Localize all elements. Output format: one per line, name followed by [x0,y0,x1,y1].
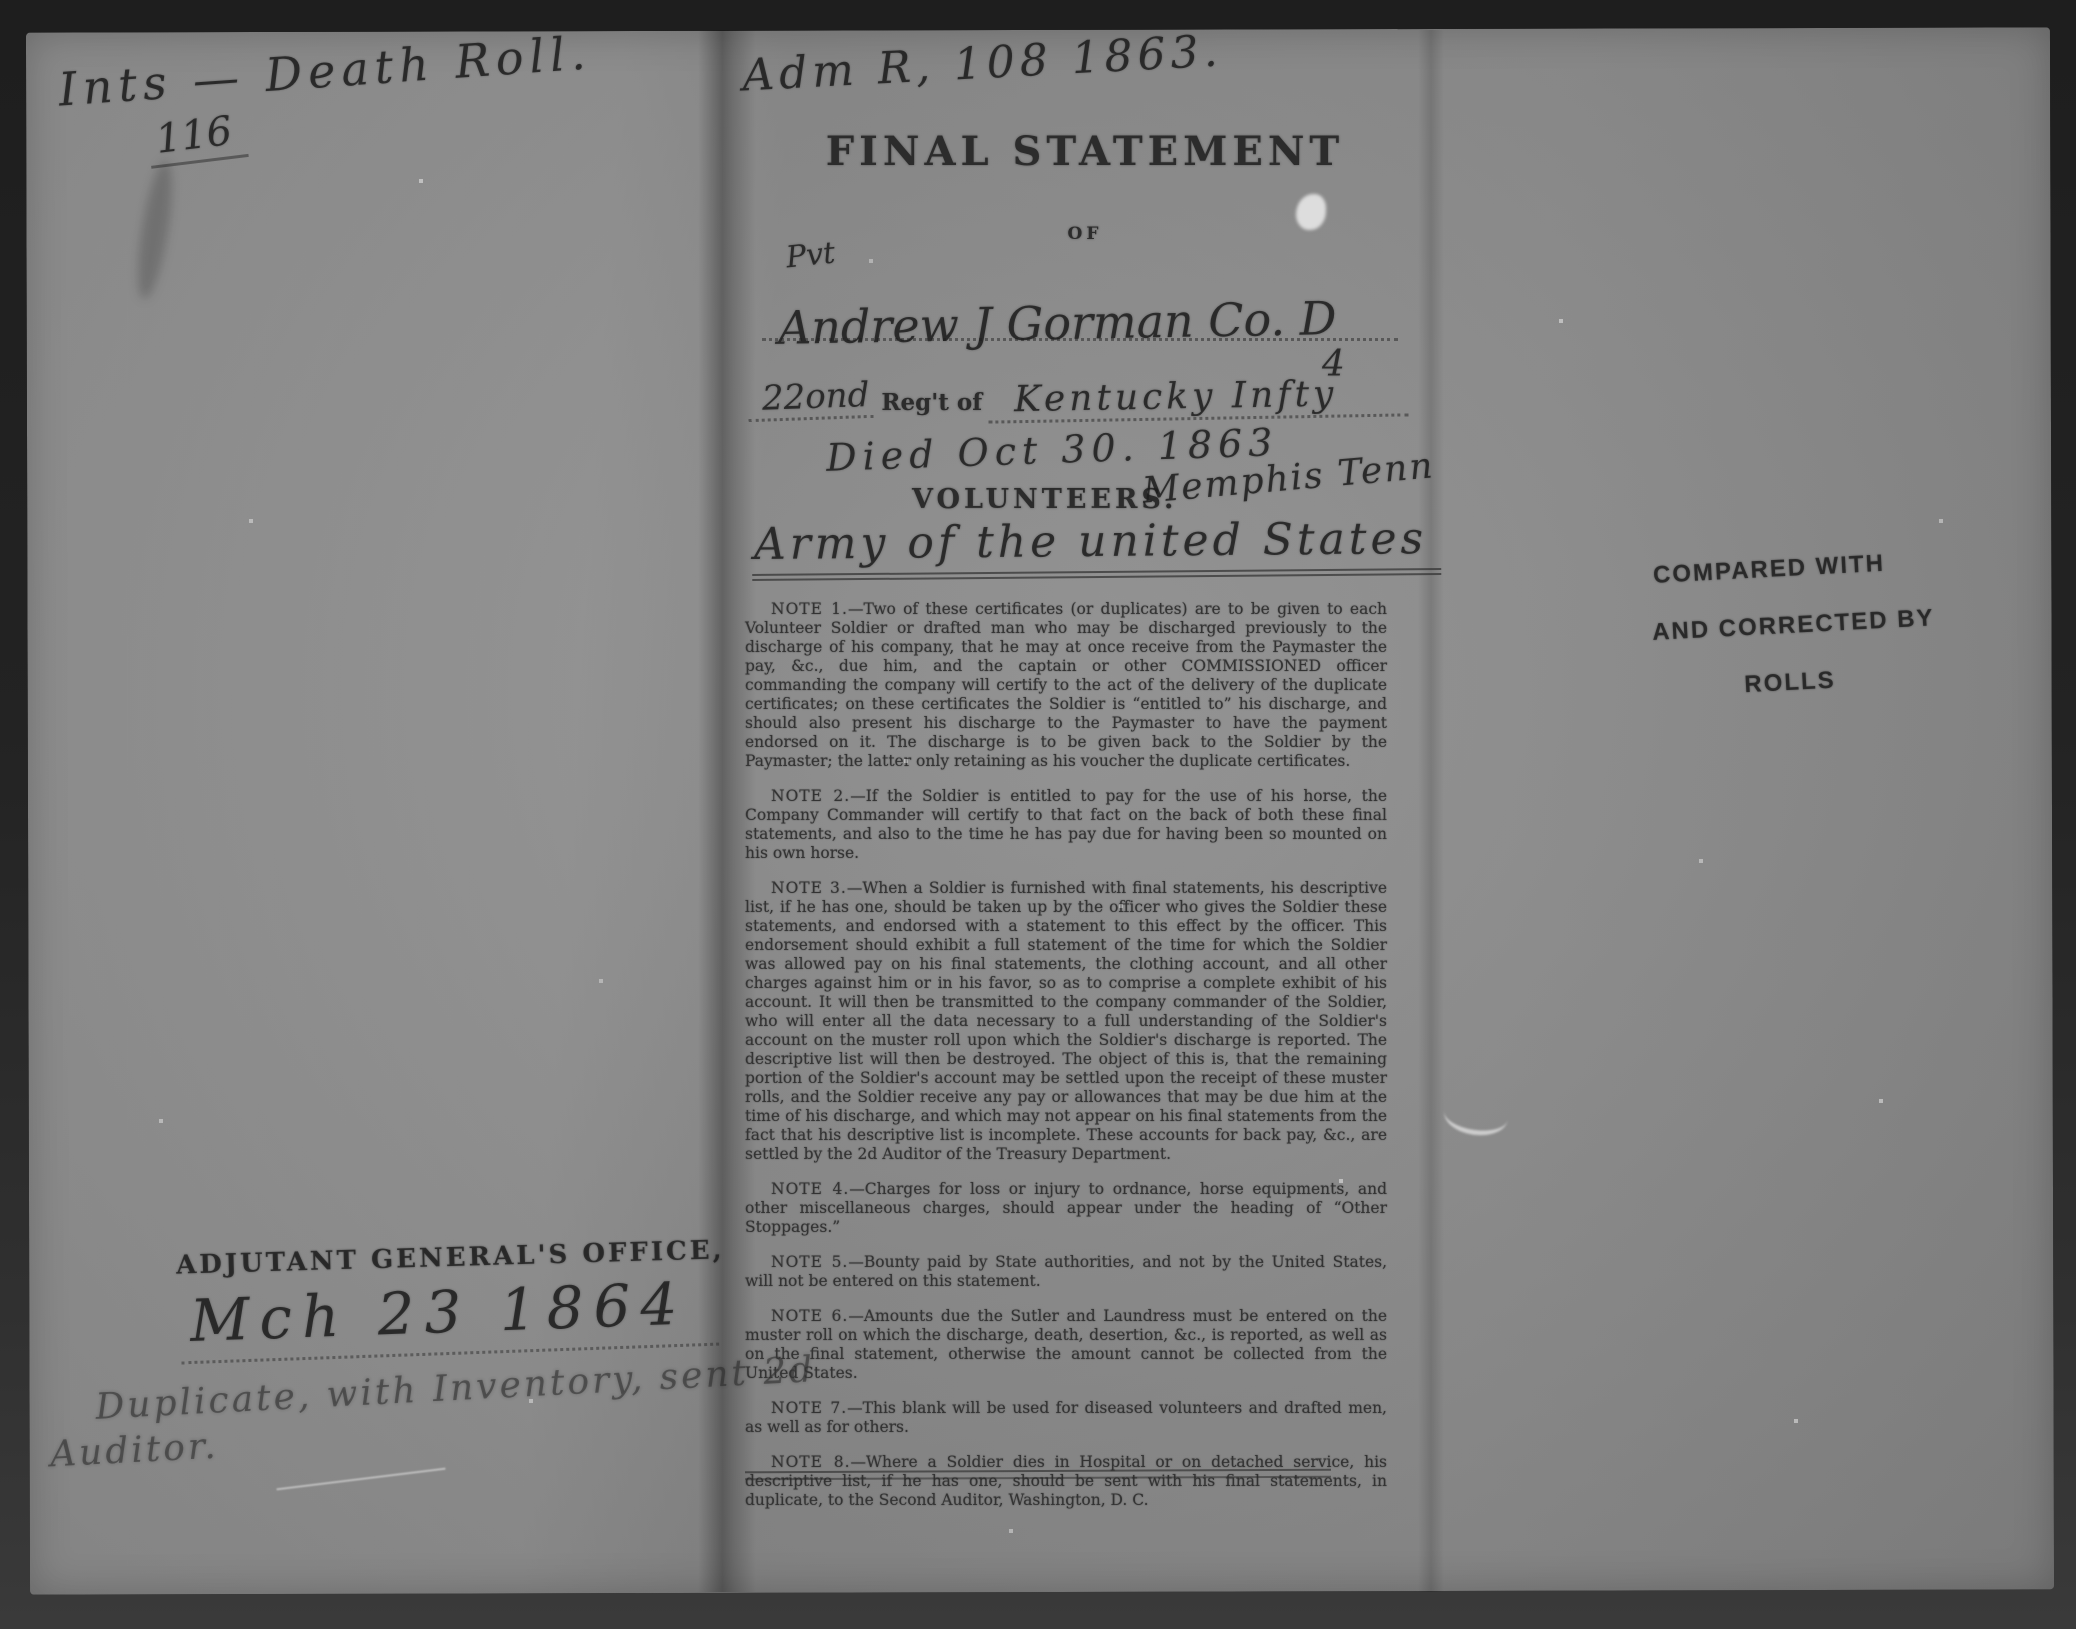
regiment-line: 22ond Reg't of Kentucky Infty [748,376,1408,420]
army-line-handwritten: Army of the united States [752,513,1442,581]
of-label: OF [740,224,1430,244]
fold-crease-right [1418,30,1444,1592]
note-5-label: Note 5. [771,1253,848,1271]
note-8-label: Note 8. [771,1453,851,1471]
note-2: Note 2.—If the Soldier is entitled to pa… [745,787,1387,863]
compared-with-rolls-stamp: COMPARED WITH AND CORRECTED BY ROLLS [1648,533,1927,718]
state-unit-handwritten: Kentucky Infty [988,372,1409,423]
soldier-name-line: Andrew J Gorman Co. D [762,276,1398,341]
form-title: FINAL STATEMENT [740,128,1430,175]
note-1: Note 1.—Two of these certificates (or du… [745,600,1387,771]
printed-notes: Note 1.—Two of these certificates (or du… [745,600,1387,1526]
note-7: Note 7.—This blank will be used for dise… [745,1399,1387,1437]
note-5: Note 5.—Bounty paid by State authorities… [745,1253,1387,1291]
note-3-text: —When a Soldier is furnished with final … [745,879,1387,1163]
note-1-label: Note 1. [771,600,848,618]
note-6-label: Note 6. [771,1307,848,1325]
dust-specks [0,0,2,2]
soldier-name-handwritten: Andrew J Gorman Co. D [778,291,1337,355]
note-1-text: —Two of these certificates (or duplicate… [745,600,1387,770]
volunteers-label: VOLUNTEERS. [912,484,1177,515]
note-7-label: Note 7. [771,1399,847,1417]
regiment-number-handwritten: 22ond [747,375,874,422]
note-2-label: Note 2. [771,787,850,805]
note-6: Note 6.—Amounts due the Sutler and Laund… [745,1307,1387,1383]
regiment-label: Reg't of [873,389,988,420]
note-8: Note 8.—Where a Soldier dies in Hospital… [745,1453,1387,1510]
rank-handwritten: Pvt [784,236,837,276]
scanned-document: Ints — Death Roll. 116 ADJUTANT GENERAL'… [0,0,2076,1629]
note-4-label: Note 4. [771,1180,849,1198]
note-4: Note 4.—Charges for loss or injury to or… [745,1180,1387,1237]
note-3-label: Note 3. [771,879,847,897]
note-3: Note 3.—When a Soldier is furnished with… [745,879,1387,1164]
